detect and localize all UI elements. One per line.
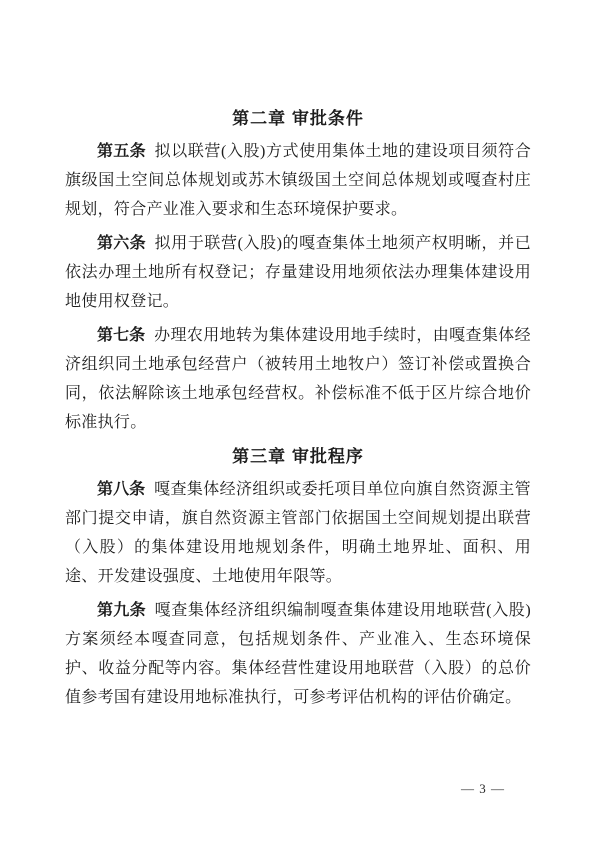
article-6: 第六条拟用于联营(入股)的嘎查集体土地须产权明晰，并已依法办理土地所有权登记；存… [65,229,531,316]
page-number: — 3 — [461,781,505,797]
article-6-label: 第六条 [97,235,146,252]
article-5: 第五条拟以联营(入股)方式使用集体土地的建设项目须符合旗级国土空间总体规划或苏木… [65,137,531,224]
article-7: 第七条办理农用地转为集体建设用地手续时，由嘎查集体经济组织同土地承包经营户（被转… [65,321,531,437]
article-8-label: 第八条 [97,481,145,498]
chapter-2-title: 第二章 审批条件 [65,104,531,133]
chapter-3-title: 第三章 审批程序 [65,442,531,471]
article-7-label: 第七条 [97,327,145,344]
document-page: 第二章 审批条件 第五条拟以联营(入股)方式使用集体土地的建设项目须符合旗级国土… [0,0,596,842]
article-8: 第八条嘎查集体经济组织或委托项目单位向旗自然资源主管部门提交申请，旗自然资源主管… [65,475,531,591]
document-content: 第二章 审批条件 第五条拟以联营(入股)方式使用集体土地的建设项目须符合旗级国土… [65,104,531,717]
article-9-label: 第九条 [97,602,146,619]
article-9: 第九条嘎查集体经济组织编制嘎查集体建设用地联营(入股)方案须经本嘎查同意，包括规… [65,596,531,712]
article-5-label: 第五条 [97,143,146,160]
